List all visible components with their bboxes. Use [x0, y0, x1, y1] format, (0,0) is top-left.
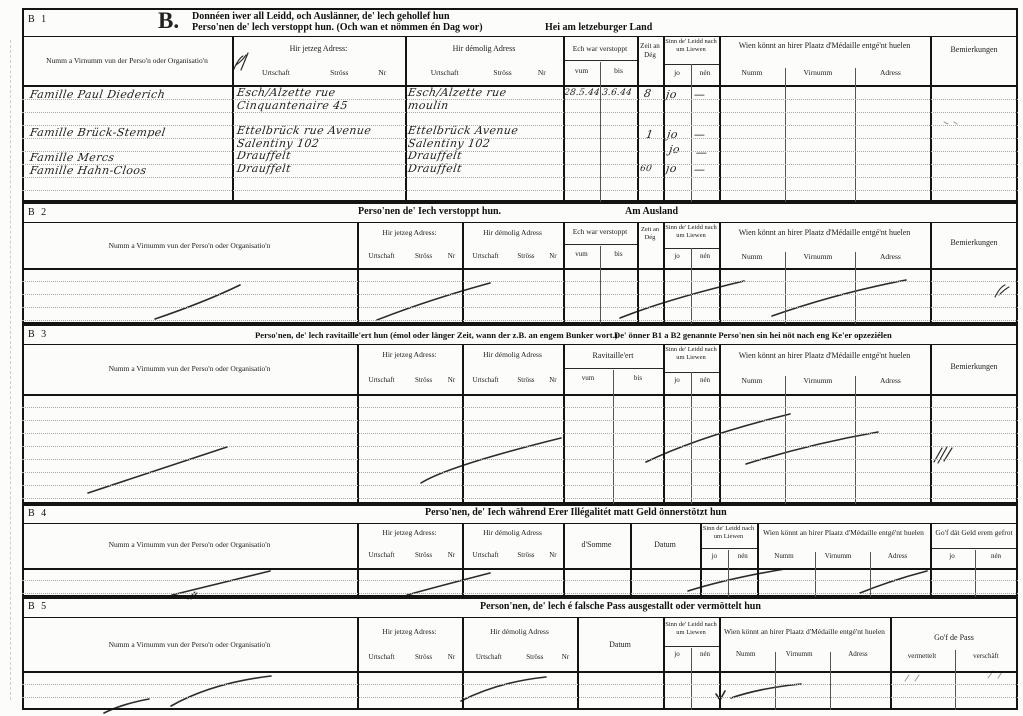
dotted-guide-line: [22, 190, 1018, 191]
column-rule: [775, 652, 776, 710]
dotted-guide-line: [22, 684, 1018, 685]
column-rule: [855, 252, 856, 324]
dotted-guide-line: [22, 498, 1018, 499]
header-rule: [22, 85, 1018, 87]
section-frame: [22, 597, 1018, 710]
dotted-guide-line: [22, 281, 1018, 282]
column-rule: [600, 246, 601, 324]
dotted-guide-line: [22, 320, 1018, 321]
column-rule: [719, 222, 721, 324]
column-rule: [630, 523, 632, 597]
dotted-guide-line: [22, 580, 1018, 581]
column-rule: [700, 523, 702, 597]
column-rule: [930, 222, 932, 324]
column-rule: [785, 252, 786, 324]
column-rule: [563, 222, 565, 324]
column-rule: [691, 248, 692, 324]
column-rule: [357, 523, 359, 597]
header-rule: [22, 394, 1018, 396]
dotted-guide-line: [22, 177, 1018, 178]
band-rule: [22, 222, 1018, 223]
column-rule: [691, 64, 692, 202]
column-rule: [830, 652, 831, 710]
column-rule: [691, 648, 692, 710]
dotted-guide-line: [22, 138, 1018, 139]
column-rule: [663, 222, 665, 324]
section-frame: [22, 8, 1018, 202]
column-rule: [728, 550, 729, 597]
dotted-guide-line: [22, 485, 1018, 486]
scanned-form-page: B 1 B. Donnéen iwer all Leidd, och Auslä…: [0, 0, 1023, 716]
dotted-guide-line: [22, 446, 1018, 447]
column-rule: [870, 552, 871, 597]
section-frame: [22, 202, 1018, 324]
column-rule: [955, 650, 956, 710]
band-rule: [22, 523, 1018, 524]
dotted-guide-line: [22, 472, 1018, 473]
column-rule: [462, 523, 464, 597]
header-rule: [22, 671, 1018, 673]
column-rule: [719, 344, 721, 504]
header-rule: [22, 268, 1018, 270]
dotted-guide-line: [22, 420, 1018, 421]
band-rule: [22, 36, 1018, 37]
column-rule: [563, 523, 565, 597]
dotted-guide-line: [22, 99, 1018, 100]
dotted-guide-line: [22, 697, 1018, 698]
dotted-guide-line: [22, 593, 1018, 594]
column-rule: [357, 344, 359, 504]
dotted-guide-line: [22, 407, 1018, 408]
column-rule: [637, 222, 639, 324]
column-rule: [613, 370, 614, 504]
dotted-guide-line: [22, 164, 1018, 165]
column-rule: [930, 344, 932, 504]
column-rule: [815, 552, 816, 597]
column-rule: [855, 68, 856, 202]
section-frame: [22, 504, 1018, 597]
dotted-guide-line: [22, 112, 1018, 113]
column-rule: [975, 550, 976, 597]
column-rule: [462, 344, 464, 504]
column-rule: [357, 222, 359, 324]
column-rule: [663, 344, 665, 504]
column-rule: [462, 222, 464, 324]
column-rule: [600, 62, 601, 202]
band-rule: [22, 344, 1018, 345]
dotted-guide-line: [22, 459, 1018, 460]
dotted-guide-line: [22, 294, 1018, 295]
column-rule: [563, 344, 565, 504]
dotted-guide-line: [22, 125, 1018, 126]
header-rule: [22, 568, 1018, 570]
scan-edge-artifact: [10, 40, 11, 700]
dotted-guide-line: [22, 307, 1018, 308]
column-rule: [757, 523, 759, 597]
section-frame: [22, 324, 1018, 504]
column-rule: [785, 68, 786, 202]
band-rule: [22, 617, 1018, 618]
dotted-guide-line: [22, 151, 1018, 152]
dotted-guide-line: [22, 433, 1018, 434]
column-rule: [930, 523, 932, 597]
